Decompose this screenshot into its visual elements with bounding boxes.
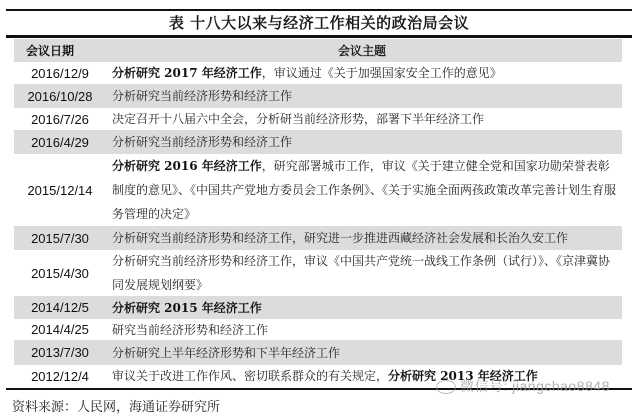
top-rule [6, 9, 632, 11]
header-topic: 会议主题 [106, 39, 622, 63]
meeting-topic: 分析研究当前经济形势和经济工作 [106, 84, 622, 108]
table-row: 2014/4/25研究当前经济形势和经济工作 [14, 319, 622, 340]
meeting-date: 2016/10/28 [14, 89, 106, 104]
table-row: 2015/4/30分析研究当前经济形势和经济工作，审议《中国共产党统一战线工作条… [14, 250, 622, 296]
topic-emphasis: 分析研究 2015 年经济工作 [112, 301, 262, 315]
table-row: 2014/12/5分析研究 2015 年经济工作 [14, 296, 622, 319]
meeting-date: 2014/12/5 [14, 300, 106, 315]
table-title: 表 十八大以来与经济工作相关的政治局会议 [6, 12, 632, 34]
meeting-topic: 分析研究 2016 年经济工作，研究部署城市工作，审议《关于建立健全党和国家功勋… [106, 154, 622, 226]
table-row: 2015/7/30分析研究当前经济形势和经济工作，研究进一步推进西藏经济社会发展… [14, 226, 622, 250]
meetings-table: 会议日期 会议主题 2016/12/9分析研究 2017 年经济工作，审议通过《… [14, 39, 622, 387]
meeting-topic: 分析研究当前经济形势和经济工作，研究进一步推进西藏经济社会发展和长治久安工作 [106, 226, 622, 250]
meeting-date: 2016/12/9 [14, 66, 106, 81]
topic-text: 分析研究当前经济形势和经济工作，研究进一步推进西藏经济社会发展和长治久安工作 [112, 231, 568, 245]
meeting-date: 2013/7/30 [14, 345, 106, 360]
topic-emphasis: 分析研究 2016 年经济工作 [112, 159, 262, 173]
topic-text: 分析研究当前经济形势和经济工作 [112, 89, 292, 103]
meeting-date: 2012/12/4 [14, 369, 106, 384]
watermark: 微信号: jiangchao8848 [436, 376, 610, 396]
watermark-text: 微信号: jiangchao8848 [460, 378, 610, 394]
topic-text: 审议关于改进工作作风、密切联系群众的有关规定， [112, 369, 388, 383]
table-row: 2016/10/28分析研究当前经济形势和经济工作 [14, 84, 622, 108]
meeting-date: 2015/12/14 [14, 183, 106, 198]
meeting-topic: 分析研究当前经济形势和经济工作 [106, 130, 622, 154]
table-row: 2015/12/14分析研究 2016 年经济工作，研究部署城市工作，审议《关于… [14, 154, 622, 226]
table-row: 2016/12/9分析研究 2017 年经济工作，审议通过《关于加强国家安全工作… [14, 62, 622, 84]
meeting-topic: 决定召开十八届六中全会，分析研当前经济形势，部署下半年经济工作 [106, 107, 622, 131]
topic-text: 决定召开十八届六中全会，分析研当前经济形势，部署下半年经济工作 [112, 112, 484, 126]
meeting-date: 2016/7/26 [14, 112, 106, 127]
topic-text: 分析研究当前经济形势和经济工作，审议《中国共产党统一战线工作条例（试行）》、《京… [112, 254, 610, 292]
table-row: 2016/4/29分析研究当前经济形势和经济工作 [14, 130, 622, 154]
header-date: 会议日期 [14, 42, 106, 59]
meeting-date: 2015/4/30 [14, 266, 106, 281]
table-row: 2013/7/30分析研究上半年经济形势和下半年经济工作 [14, 340, 622, 365]
table-header-row: 会议日期 会议主题 [14, 39, 622, 62]
table-body: 2016/12/9分析研究 2017 年经济工作，审议通过《关于加强国家安全工作… [14, 62, 622, 387]
source-note: 资料来源：人民网，海通证券研究所 [12, 396, 220, 415]
topic-text: 研究当前经济形势和经济工作 [112, 323, 268, 337]
meeting-topic: 分析研究上半年经济形势和下半年经济工作 [106, 341, 622, 365]
meeting-topic: 研究当前经济形势和经济工作 [106, 318, 622, 342]
topic-text: ，审议通过《关于加强国家安全工作的意见》 [262, 66, 502, 80]
meeting-date: 2016/4/29 [14, 135, 106, 150]
meeting-date: 2015/7/30 [14, 231, 106, 246]
topic-emphasis: 分析研究 2017 年经济工作 [112, 66, 262, 80]
meeting-topic: 分析研究 2017 年经济工作，审议通过《关于加强国家安全工作的意见》 [106, 61, 622, 85]
topic-text: 分析研究上半年经济形势和下半年经济工作 [112, 346, 340, 360]
topic-text: 分析研究当前经济形势和经济工作 [112, 135, 292, 149]
meeting-topic: 分析研究当前经济形势和经济工作，审议《中国共产党统一战线工作条例（试行）》、《京… [106, 249, 622, 297]
wechat-icon [436, 380, 456, 394]
meeting-date: 2014/4/25 [14, 322, 106, 337]
table-row: 2016/7/26决定召开十八届六中全会，分析研当前经济形势，部署下半年经济工作 [14, 108, 622, 130]
meeting-topic: 分析研究 2015 年经济工作 [106, 296, 622, 320]
